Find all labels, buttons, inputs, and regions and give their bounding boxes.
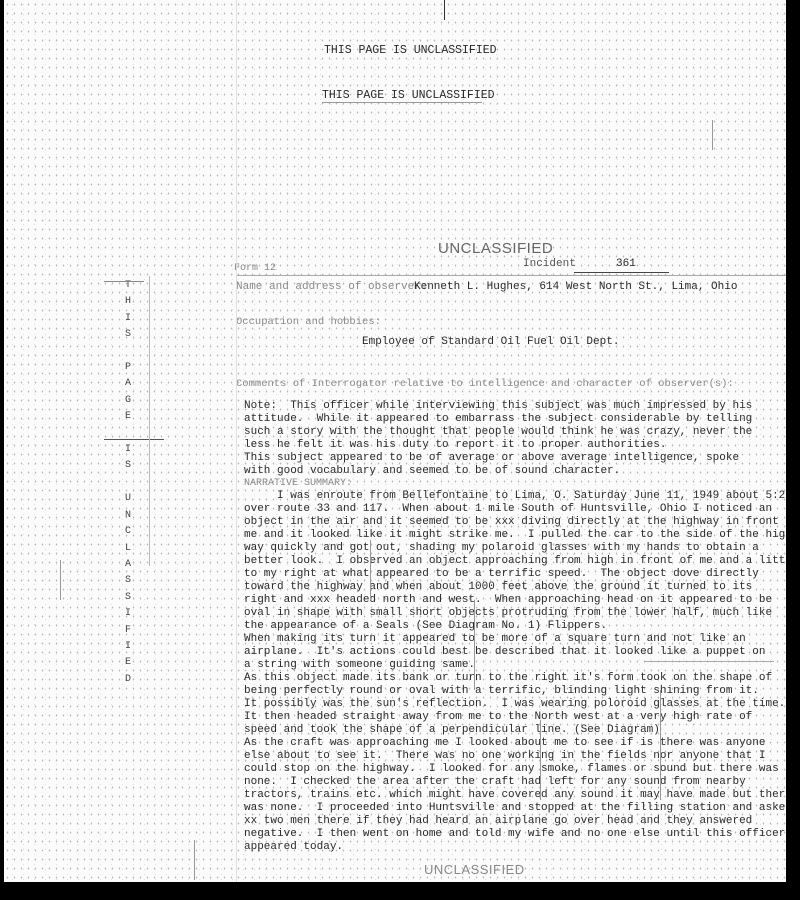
summary-line: to my right at what appeared to be a ter…: [244, 568, 759, 581]
side-vertical-classification: T H I S P A G E I S U N C L A S S I F I …: [122, 278, 134, 688]
scan-artifact-line: [540, 720, 541, 800]
summary-line: being perfectly round or oval with a ter…: [244, 685, 759, 698]
vertical-letter: U: [122, 491, 134, 507]
note-line: Note: This officer while interviewing th…: [244, 400, 752, 413]
incident-label: Incident: [523, 258, 576, 271]
observer-label: Name and address of observer:: [236, 281, 427, 294]
summary-line: tractors, trains etc. which might have c…: [244, 789, 792, 802]
vertical-letter: P: [122, 360, 134, 376]
summary-line: speed and took the shape of a perpendicu…: [244, 724, 660, 737]
summary-label: NARRATIVE SUMMARY:: [244, 477, 352, 490]
vertical-letter: S: [122, 590, 134, 606]
observer-value: Kenneth L. Hughes, 614 West North St., L…: [414, 281, 737, 294]
vertical-letter: [122, 344, 134, 360]
scan-artifact-line: [474, 600, 475, 690]
note-line: less he felt it was his duty to report i…: [244, 439, 666, 452]
summary-line: over route 33 and 117. When about 1 mile…: [244, 503, 772, 516]
summary-line: right and xxx headed north and west. Whe…: [244, 594, 772, 607]
occupation-label: Occupation and hobbies:: [236, 316, 381, 329]
side-margin-rule-middle: [104, 439, 164, 440]
scan-artifact-line: [370, 540, 371, 600]
vertical-letter: [122, 475, 134, 491]
scan-artifact-line: [60, 560, 61, 600]
form-number: Form 12: [234, 262, 276, 275]
comments-label: Comments of Interrogator relative to int…: [236, 378, 734, 391]
scan-artifact-line: [660, 690, 661, 800]
vertical-letter: D: [122, 672, 134, 688]
summary-line: appeared today.: [244, 841, 343, 854]
incident-underline: [574, 272, 669, 273]
summary-line: object in the air and it seemed to be xx…: [244, 516, 799, 529]
summary-line: was none. I proceeded into Huntsville an…: [244, 802, 792, 815]
summary-line: When making its turn it appeared to be m…: [244, 633, 746, 646]
vertical-letter: E: [122, 655, 134, 671]
unclassified-stamp-bottom: UNCLASSIFIED: [424, 862, 525, 877]
vertical-letter: H: [122, 294, 134, 310]
summary-line: me and it looked like it might strike me…: [244, 529, 799, 542]
summary-line: none. I checked the area after the craft…: [244, 776, 746, 789]
summary-line: a string with someone guiding same.: [244, 659, 475, 672]
summary-line: As this object made its bank or turn to …: [244, 672, 772, 685]
summary-line: airplane. It's actions could best be des…: [244, 646, 766, 659]
summary-line: the appearance of a Seals (See Diagram N…: [244, 620, 607, 633]
vertical-letter: S: [122, 458, 134, 474]
unclassified-stamp-top: UNCLASSIFIED: [438, 240, 553, 257]
vertical-letter: A: [122, 557, 134, 573]
scan-artifact-line: [712, 120, 713, 150]
vertical-letter: I: [122, 311, 134, 327]
vertical-letter: N: [122, 508, 134, 524]
form-divider: [236, 275, 796, 276]
scan-artifact-line: [236, 0, 237, 900]
vertical-letter: I: [122, 639, 134, 655]
note-line: This subject appeared to be of average o…: [244, 452, 739, 465]
summary-line: xx two men there if they had heard an ai…: [244, 815, 752, 828]
summary-line: way quickly and got out, shading my pola…: [244, 542, 759, 555]
incident-number: 361: [616, 258, 636, 271]
vertical-letter: C: [122, 524, 134, 540]
vertical-letter: I: [122, 606, 134, 622]
vertical-letter: G: [122, 393, 134, 409]
vertical-letter: S: [122, 327, 134, 343]
summary-line: It possibly was the sun's reflection. I …: [244, 698, 785, 711]
vertical-letter: L: [122, 541, 134, 557]
side-margin-rule-top: [104, 281, 144, 282]
scan-artifact-line: [444, 0, 445, 20]
classification-header-2: THIS PAGE IS UNCLASSIFIED: [322, 89, 495, 102]
vertical-letter: F: [122, 623, 134, 639]
margin-line: [149, 276, 150, 566]
vertical-letter: E: [122, 409, 134, 425]
vertical-letter: S: [122, 573, 134, 589]
occupation-value: Employee of Standard Oil Fuel Oil Dept.: [362, 336, 619, 349]
note-line: such a story with the thought that peopl…: [244, 426, 752, 439]
scan-artifact-streak: [644, 661, 774, 662]
scan-artifact-line: [194, 840, 195, 880]
summary-line: toward the highway and when about 1000 f…: [244, 581, 752, 594]
scan-border-right: [786, 0, 800, 900]
vertical-letter: A: [122, 376, 134, 392]
note-line: attitude. While it appeared to embarrass…: [244, 413, 752, 426]
summary-line: It then headed straight away from me to …: [244, 711, 752, 724]
summary-line: could stop on the highway. I looked for …: [244, 763, 779, 776]
summary-line: I was enroute from Bellefontaine to Lima…: [244, 490, 800, 503]
scanned-document-page: THIS PAGE IS UNCLASSIFIED THIS PAGE IS U…: [4, 0, 786, 884]
vertical-letter: I: [122, 442, 134, 458]
classification-header-1: THIS PAGE IS UNCLASSIFIED: [324, 44, 497, 57]
summary-line: As the craft was approaching me I looked…: [244, 737, 766, 750]
summary-line: else about to see it. There was no one w…: [244, 750, 766, 763]
scan-border-bottom: [0, 882, 800, 900]
header-underline: [322, 102, 482, 103]
summary-line: negative. I then went on home and told m…: [244, 828, 785, 841]
summary-line: oval in shape with small short objects p…: [244, 607, 772, 620]
summary-line: better look. I observed an object approa…: [244, 555, 799, 568]
